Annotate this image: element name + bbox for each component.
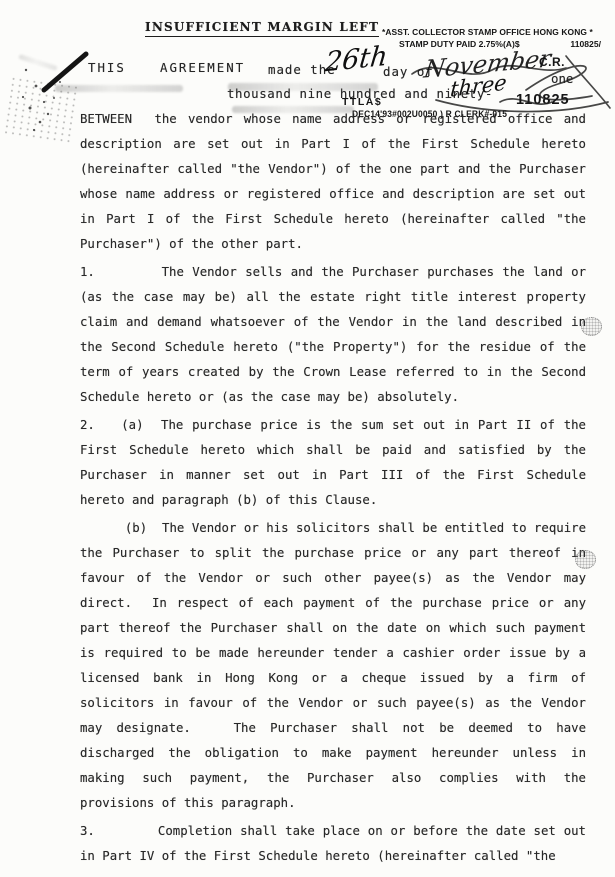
document-line: discharged the obligation to make paymen… <box>80 741 586 766</box>
print-smudge <box>228 83 378 91</box>
document-line: is required to be made hereunder tender … <box>80 641 586 666</box>
document-line: description are set out in Part I of the… <box>80 132 586 157</box>
document-line: term of years created by the Crown Lease… <box>80 360 586 385</box>
opening-agreement: AGREEMENT <box>160 60 245 75</box>
document-line: licensed bank in Hong Kong or a cheque i… <box>80 666 586 691</box>
paragraph-clause-3: 3. Completion shall take place on or bef… <box>80 819 586 869</box>
hole-punch-mark <box>575 550 596 569</box>
document-line: the Second Schedule hereto ("the Propert… <box>80 335 586 360</box>
document-line: direct. In respect of each payment of th… <box>80 591 586 616</box>
document-line: 2. (a) The purchase price is the sum set… <box>80 413 586 438</box>
document-line: 3. Completion shall take place on or bef… <box>80 819 586 844</box>
document-line: Purchaser") of the other part. <box>80 232 586 257</box>
opening-one: one <box>551 71 573 86</box>
print-smudge <box>55 85 183 92</box>
document-line: Purchaser in manner set out in Part III … <box>80 463 586 488</box>
document-line: Schedule hereto or (as the case may be) … <box>80 385 586 410</box>
document-line: making such payment, the Purchaser also … <box>80 766 586 791</box>
hole-punch-mark <box>581 317 602 336</box>
document-line: First Schedule hereto which shall be pai… <box>80 438 586 463</box>
document-line: part thereof the Purchaser shall on the … <box>80 616 586 641</box>
stamp-serial-number: 110825 <box>516 92 570 108</box>
document-line: 1. The Vendor sells and the Purchaser pu… <box>80 260 586 285</box>
stamp-duty-label: STAMP DUTY PAID 2.75%(A)$ <box>399 39 520 49</box>
paragraph-between: BETWEEN the vendor whose name address or… <box>80 107 586 257</box>
document-line: hereto and paragraph (b) of this Clause. <box>80 488 586 513</box>
stamp-office-line: *ASST. COLLECTOR STAMP OFFICE HONG KONG … <box>382 27 593 37</box>
document-line: in Part I of the First Schedule hereto (… <box>80 207 586 232</box>
paragraph-clause-2a: 2. (a) The purchase price is the sum set… <box>80 413 586 513</box>
document-line: (as the case may be) all the estate righ… <box>80 285 586 310</box>
scanned-agreement-page: INSUFFICIENT MARGIN LEFT *ASST. COLLECTO… <box>0 0 615 877</box>
document-line: provisions of this paragraph. <box>80 791 586 816</box>
document-line: may designate. The Purchaser shall not b… <box>80 716 586 741</box>
stamp-duty-line: STAMP DUTY PAID 2.75%(A)$ 110825/ <box>399 39 601 49</box>
document-line: solicitors in favour of the Vendor or su… <box>80 691 586 716</box>
document-line: favour of the Vendor or such other payee… <box>80 566 586 591</box>
document-body: BETWEEN the vendor whose name address or… <box>80 107 586 872</box>
document-line: claim and demand whatsoever of the Vendo… <box>80 310 586 335</box>
document-line: (b) The Vendor or his solicitors shall b… <box>80 516 586 541</box>
paragraph-clause-1: 1. The Vendor sells and the Purchaser pu… <box>80 260 586 410</box>
paragraph-clause-2b: (b) The Vendor or his solicitors shall b… <box>80 516 586 816</box>
document-line: whose name address or registered office … <box>80 182 586 207</box>
handwritten-day: 26th <box>324 40 390 78</box>
print-smudge <box>232 106 354 113</box>
document-line: in Part IV of the First Schedule hereto … <box>80 844 586 869</box>
stamp-duty-amount: 110825/ <box>570 39 601 49</box>
insufficient-margin-notice: INSUFFICIENT MARGIN LEFT <box>145 20 379 37</box>
document-line: (hereinafter called "the Vendor") of the… <box>80 157 586 182</box>
document-line: the Purchaser to split the purchase pric… <box>80 541 586 566</box>
